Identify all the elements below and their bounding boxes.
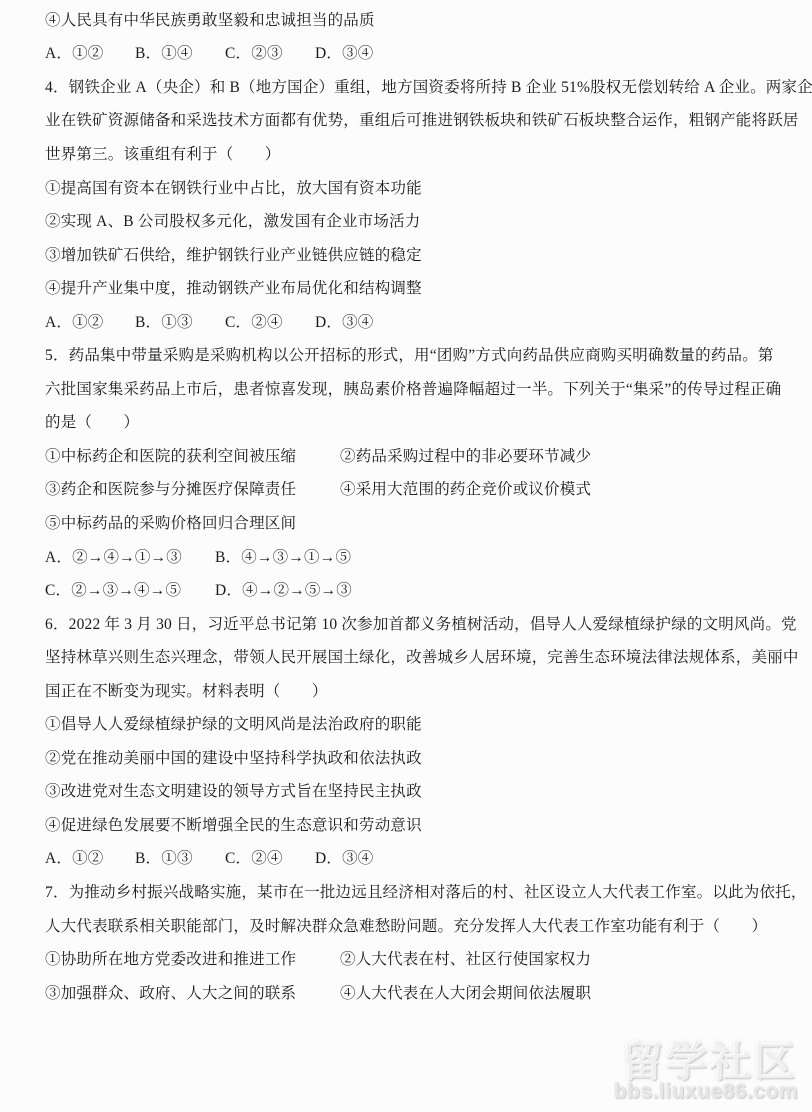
q-prev-option-4: ④人民具有中华民族勇敢坚毅和忠诚担当的品质	[45, 2, 785, 36]
q5-choices-row-1-item-2: B．④→③→①→⑤	[215, 545, 351, 567]
q7-options-row-2-item-1: ③加强群众、政府、人大之间的联系	[45, 981, 340, 1003]
q4-choices-item-3: C．②④	[225, 310, 315, 332]
q4-choices-item-1: A．①②	[45, 310, 135, 332]
q-prev-choices-item-2: B．①④	[135, 41, 225, 63]
watermark-site-name: 留学社区	[614, 1042, 798, 1083]
q5-options-row-1: ①中标药企和医院的获利空间被压缩②药品采购过程中的非必要环节减少	[45, 438, 785, 472]
q7-options-row-2-item-2: ④人大代表在人大闭会期间依法履职	[340, 981, 591, 1003]
q5-stem-line-3: 的是（ ）	[45, 405, 785, 439]
q7-options-row-1-item-1: ①协助所在地方党委改进和推进工作	[45, 947, 340, 969]
q4-option-3: ③增加铁矿石供给，维护钢铁行业产业链供应链的稳定	[45, 237, 785, 271]
q4-stem-line-1: 4．钢铁企业 A（央企）和 B（地方国企）重组，地方国资委将所持 B 企业 51…	[45, 69, 785, 103]
q7-options-row-1: ①协助所在地方党委改进和推进工作②人大代表在村、社区行使国家权力	[45, 941, 785, 975]
q5-choices-row-1: A．②→④→①→③B．④→③→①→⑤	[45, 539, 785, 573]
q5-options-row-2-item-1: ③药企和医院参与分摊医疗保障责任	[45, 477, 340, 499]
exam-page-body: ④人民具有中华民族勇敢坚毅和忠诚担当的品质A．①②B．①④C．②③D．③④4．钢…	[45, 2, 785, 1008]
q5-choices-row-1-item-1: A．②→④→①→③	[45, 545, 215, 567]
q-prev-choices: A．①②B．①④C．②③D．③④	[45, 36, 785, 70]
q-prev-choices-item-1: A．①②	[45, 41, 135, 63]
q6-stem-line-2: 坚持林草兴则生态兴理念，带领人民开展国土绿化，改善城乡人居环境，完善生态环境法律…	[45, 639, 785, 673]
q5-stem-line-2: 六批国家集采药品上市后，患者惊喜发现，胰岛素价格普遍降幅超过一半。下列关于“集采…	[45, 371, 785, 405]
q-prev-choices-item-4: D．③④	[315, 41, 374, 63]
q6-choices-item-3: C．②④	[225, 846, 315, 868]
q6-option-4: ④促进绿色发展要不断增强全民的生态意识和劳动意识	[45, 807, 785, 841]
q6-choices: A．①②B．①③C．②④D．③④	[45, 841, 785, 875]
q5-option-5: ⑤中标药品的采购价格回归合理区间	[45, 505, 785, 539]
q6-choices-item-1: A．①②	[45, 846, 135, 868]
q7-options-row-1-item-2: ②人大代表在村、社区行使国家权力	[340, 947, 591, 969]
q6-choices-item-2: B．①③	[135, 846, 225, 868]
q6-stem-line-1: 6．2022 年 3 月 30 日，习近平总书记第 10 次参加首都义务植树活动…	[45, 606, 785, 640]
q4-stem-line-3: 世界第三。该重组有利于（ ）	[45, 136, 785, 170]
q7-stem-line-1: 7．为推动乡村振兴战略实施，某市在一批边远且经济相对落后的村、社区设立人大代表工…	[45, 874, 785, 908]
watermark: 留学社区 bbs.liuxue86.com	[614, 1042, 798, 1104]
q6-choices-item-4: D．③④	[315, 846, 374, 868]
q5-stem-line-1: 5．药品集中带量采购是采购机构以公开招标的形式，用“团购”方式向药品供应商购买明…	[45, 337, 785, 371]
q4-option-2: ②实现 A、B 公司股权多元化，激发国有企业市场活力	[45, 203, 785, 237]
q-prev-choices-item-3: C．②③	[225, 41, 315, 63]
q5-choices-row-2: C．②→③→④→⑤D．④→②→⑤→③	[45, 572, 785, 606]
q5-options-row-1-item-1: ①中标药企和医院的获利空间被压缩	[45, 444, 340, 466]
q7-stem-line-2: 人大代表联系相关职能部门，及时解决群众急难愁盼问题。充分发挥人大代表工作室功能有…	[45, 908, 785, 942]
q6-option-2: ②党在推动美丽中国的建设中坚持科学执政和依法执政	[45, 740, 785, 774]
q4-option-1: ①提高国有资本在钢铁行业中占比，放大国有资本功能	[45, 170, 785, 204]
q5-options-row-2: ③药企和医院参与分摊医疗保障责任④采用大范围的药企竞价或议价模式	[45, 472, 785, 506]
q4-choices: A．①②B．①③C．②④D．③④	[45, 304, 785, 338]
q4-choices-item-2: B．①③	[135, 310, 225, 332]
q4-choices-item-4: D．③④	[315, 310, 374, 332]
q5-choices-row-2-item-2: D．④→②→⑤→③	[215, 578, 352, 600]
q4-option-4: ④提升产业集中度，推动钢铁产业布局优化和结构调整	[45, 270, 785, 304]
q6-option-3: ③改进党对生态文明建设的领导方式旨在坚持民主执政	[45, 774, 785, 808]
q5-choices-row-2-item-1: C．②→③→④→⑤	[45, 578, 215, 600]
q5-options-row-2-item-2: ④采用大范围的药企竞价或议价模式	[340, 477, 591, 499]
q4-stem-line-2: 业在铁矿资源储备和采选技术方面都有优势，重组后可推进钢铁板块和铁矿石板块整合运作…	[45, 103, 785, 137]
watermark-site-url: bbs.liuxue86.com	[614, 1080, 798, 1104]
q7-options-row-2: ③加强群众、政府、人大之间的联系④人大代表在人大闭会期间依法履职	[45, 975, 785, 1009]
q5-options-row-1-item-2: ②药品采购过程中的非必要环节减少	[340, 444, 591, 466]
q6-option-1: ①倡导人人爱绿植绿护绿的文明风尚是法治政府的职能	[45, 706, 785, 740]
q6-stem-line-3: 国正在不断变为现实。材料表明（ ）	[45, 673, 785, 707]
